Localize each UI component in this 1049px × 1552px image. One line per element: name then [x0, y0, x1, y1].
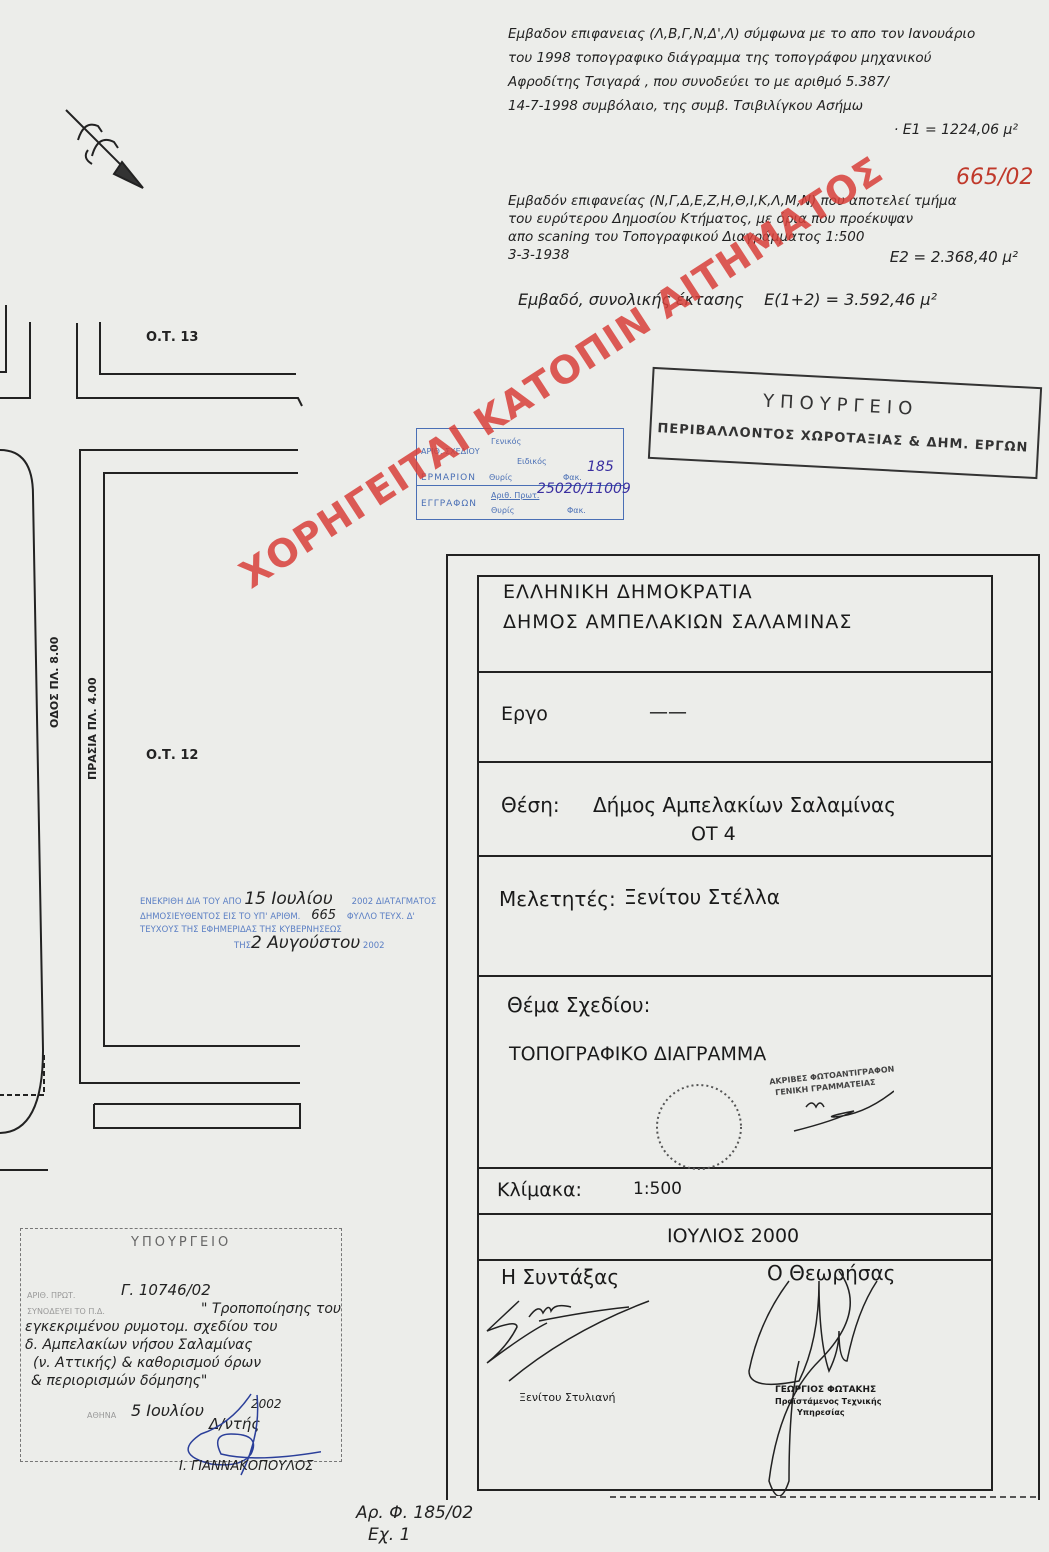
stamp-handwritten-folder: 185 [587, 459, 614, 475]
note-line: 14-7-1998 συμβόλαιο, της συμβ. Τσιβιλίγκ… [508, 94, 1028, 118]
note-line: Αφροδίτης Τσιγαρά , που συνοδεύει το με … [508, 70, 1028, 94]
road-width-label: ΟΔΟΣ ΠΛ. 8.00 [48, 637, 61, 728]
file-number: Αρ. Φ. 185/02 [356, 1502, 473, 1524]
area-1-value: · Ε1 = 1224,06 μ² [508, 118, 1028, 142]
official-seal-icon [649, 1077, 749, 1177]
signatures-cell: Η Συντάξας Ο Θεωρήσας Ξενίτου Στυλιανή Γ… [479, 1261, 991, 1489]
stamp-sub: Θυρίς [489, 473, 512, 482]
header-municipality: ΔΗΜΟΣ ΑΜΠΕΛΑΚΙΩΝ ΣΑΛΑΜΙΝΑΣ [503, 611, 852, 633]
gazette-number-hw: 665 [311, 908, 336, 923]
subject-value: ΤΟΠΟΓΡΑΦΙΚΟ ΔΙΑΓΡΑΜΜΑ [509, 1043, 766, 1065]
total-area-note: Εμβαδό, συνολικής έκτασης Ε(1+2) = 3.592… [518, 290, 937, 309]
scale-cell: Κλίμακα: 1:500 [479, 1169, 991, 1215]
stamp-text-line: & περιορισμών δόμησης" [31, 1373, 207, 1389]
scale-label: Κλίμακα: [497, 1179, 582, 1201]
author-name: Ξενίτου Στυλιανή [519, 1391, 616, 1404]
reviewer-title: Προϊστάμενος Τεχνικής [775, 1397, 881, 1406]
sidewalk-width-label: ΠΡΑΣΙΑ ΠΛ. 4.00 [86, 677, 99, 780]
stamp-faint-text: ΣΥΝΟΔΕΥΕΙ ΤΟ Π.Δ. [27, 1307, 105, 1316]
area-note-1: Εμβαδον επιφανειας (Λ,Β,Γ,Ν,Δ',Λ) σύμφων… [508, 22, 1028, 142]
approval-date-hw: 15 Ιουλίου [244, 889, 332, 909]
designers-cell: Μελετητές: Ξενίτου Στέλλα [479, 857, 991, 977]
north-arrow-icon [66, 110, 143, 188]
stamp-title: ΥΠΟΥΡΓΕΙΟ [131, 1235, 231, 1250]
date-cell: ΙΟΥΛΙΟΣ 2000 [479, 1215, 991, 1261]
block-label-13: Ο.Τ. 13 [146, 330, 198, 345]
approval-year: 2002 [352, 897, 374, 907]
stamp-place: ΑΘΗΝΑ [87, 1411, 116, 1420]
title-block-frame-bottom [610, 1496, 1036, 1498]
stamp-label: ΕΓΓΡΑΦΩΝ [421, 499, 477, 509]
red-reference-number: 665/02 [956, 165, 1033, 190]
drawing-date: ΙΟΥΛΙΟΣ 2000 [667, 1225, 799, 1247]
ministry-stamp-title: ΥΠΟΥΡΓΕΙΟ [762, 391, 918, 420]
title-block-header: ΕΛΛΗΝΙΚΗ ΔΗΜΟΚΡΑΤΙΑ ΔΗΜΟΣ ΑΜΠΕΛΑΚΙΩΝ ΣΑΛ… [479, 577, 991, 673]
approval-note: ΕΝΕΚΡΙΘΗ ΔΙΑ ΤΟΥ ΑΠΟ 15 Ιουλίου 2002 ΔΙΑ… [140, 893, 490, 953]
author-signature-icon [479, 1281, 679, 1401]
note-line: Εμβαδόν επιφανείας (Ν,Γ,Δ,Ε,Ζ,Η,Θ,Ι,Κ,Λ,… [508, 192, 1028, 210]
location-cell: Θέση: Δήμος Αμπελακίων Σαλαμίνας ΟΤ 4 [479, 763, 991, 857]
reviewer-signature-icon [729, 1261, 909, 1496]
ministry-approval-stamp: ΥΠΟΥΡΓΕΙΟ ΑΡΙΘ. ΠΡΩΤ. ΣΥΝΟΔΕΥΕΙ ΤΟ Π.Δ. … [20, 1228, 342, 1462]
approval-text: ΤΗΣ [234, 941, 251, 951]
stamp-reference: Γ. 10746/02 [121, 1281, 211, 1299]
stamp-text-line: εγκεκριμένου ρυμοτομ. σχεδίου του [25, 1319, 277, 1335]
copy-number: Εχ. 1 [356, 1524, 473, 1546]
stamp-text-line: (ν. Αττικής) & καθορισμού όρων [33, 1355, 261, 1371]
approval-year: 2002 [363, 941, 385, 951]
project-cell: Εργο —— [479, 673, 991, 763]
reviewer-name: ΓΕΩΡΓΙΟΣ ΦΩΤΑΚΗΣ [775, 1385, 876, 1395]
approval-text: ΦΥΛΛΟ ΤΕΥΧ. Δ' [347, 912, 415, 922]
location-label: Θέση: [501, 793, 560, 817]
subject-cell: Θέμα Σχεδίου: ΤΟΠΟΓΡΑΦΙΚΟ ΔΙΑΓΡΑΜΜΑ ΑΚΡΙ… [479, 977, 991, 1169]
project-value: —— [649, 701, 687, 723]
stamp-sub: Φακ. [567, 506, 586, 515]
location-value: Δήμος Αμπελακίων Σαλαμίνας [593, 793, 896, 817]
stamp-sub: Θυρίς [491, 506, 514, 515]
gazette-date-hw: 2 Αυγούστου [251, 933, 360, 953]
approval-text: ΕΝΕΚΡΙΘΗ ΔΙΑ ΤΟΥ ΑΠΟ [140, 897, 242, 907]
stamp-text-line: δ. Αμπελακίων νήσου Σαλαμίνας [25, 1337, 253, 1353]
stamp-faint-text: ΑΡΙΘ. ΠΡΩΤ. [27, 1291, 75, 1300]
header-republic: ΕΛΛΗΝΙΚΗ ΔΗΜΟΚΡΑΤΙΑ [503, 581, 753, 603]
note-line: του 1998 τοπογραφικο διάγραμμα της τοπογ… [508, 46, 1028, 70]
scale-value: 1:500 [633, 1179, 682, 1199]
location-block: ΟΤ 4 [691, 823, 736, 845]
stamp-handwritten-protocol: 25020/11009 [537, 481, 631, 497]
stamp-sub: Ειδικός [517, 457, 547, 466]
reviewer-title: Υπηρεσίας [797, 1408, 845, 1417]
designers-label: Μελετητές: [499, 887, 616, 911]
file-reference: Αρ. Φ. 185/02 Εχ. 1 [356, 1502, 473, 1546]
approval-text: ΔΗΜΟΣΙΕΥΘΕΝΤΟΣ ΕΙΣ ΤΟ ΥΠ' ΑΡΙΘΜ. [140, 912, 300, 922]
designers-value: Ξενίτου Στέλλα [624, 885, 780, 909]
block-label-12: Ο.Τ. 12 [146, 748, 198, 763]
ministry-stamp-subtitle: ΠΕΡΙΒΑΛΛΟΝΤΟΣ ΧΩΡΟΤΑΞΙΑΣ & ΔΗΜ. ΕΡΓΩΝ [657, 421, 1029, 455]
stamp-signer: Ι. ΓΙΑΝΝΑΚΟΠΟΥΛΟΣ [179, 1459, 313, 1474]
signature-icon [784, 1089, 894, 1139]
subject-label: Θέμα Σχεδίου: [507, 993, 650, 1017]
total-area-value: Ε(1+2) = 3.592,46 μ² [764, 290, 937, 309]
title-block: ΕΛΛΗΝΙΚΗ ΔΗΜΟΚΡΑΤΙΑ ΔΗΜΟΣ ΑΜΠΕΛΑΚΙΩΝ ΣΑΛ… [477, 575, 993, 1491]
approval-text: ΔΙΑΤΑΓΜΑΤΟΣ [376, 897, 436, 907]
note-line: Εμβαδον επιφανειας (Λ,Β,Γ,Ν,Δ',Λ) σύμφων… [508, 22, 1028, 46]
stamp-text-line: " Τροποποίησης του [201, 1301, 341, 1317]
project-label: Εργο [501, 703, 548, 725]
stamp-sub: Αριθ. Πρωτ. [491, 491, 539, 500]
